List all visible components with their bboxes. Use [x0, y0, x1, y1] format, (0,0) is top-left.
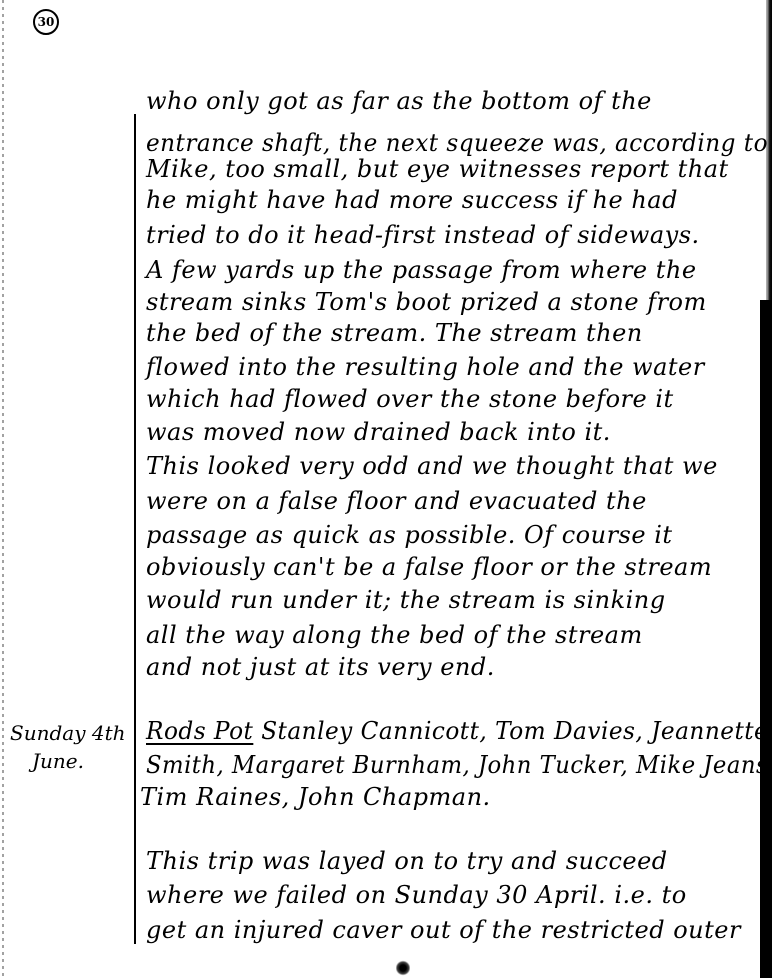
text-line: This trip was layed on to try and succee… [146, 846, 668, 876]
text-line: flowed into the resulting hole and the w… [146, 352, 705, 382]
text-line: A few yards up the passage from where th… [146, 255, 697, 285]
entry-header-line1: Rods Pot Stanley Cannicott, Tom Davies, … [146, 716, 768, 746]
text-line: obviously can't be a false floor or the … [146, 552, 712, 582]
entry-header-line2: Smith, Margaret Burnham, John Tucker, Mi… [146, 750, 768, 780]
scan-left-edge [2, 0, 4, 978]
party-names: Stanley Cannicott, Tom Davies, Jeannette [261, 717, 768, 745]
text-line: Mike, too small, but eye witnesses repor… [146, 154, 729, 184]
text-line: was moved now drained back into it. [146, 417, 611, 447]
text-line: all the way along the bed of the stream [146, 620, 643, 650]
text-line: he might have had more success if he had [146, 185, 678, 215]
text-line: get an injured caver out of the restrict… [146, 915, 741, 945]
ink-smudge [396, 960, 410, 976]
scanned-page: 30 who only got as far as the bottom of … [0, 0, 772, 978]
text-line: who only got as far as the bottom of the [146, 86, 652, 116]
text-line: passage as quick as possible. Of course … [146, 520, 673, 550]
entry-date-line1: Sunday 4th [10, 720, 126, 746]
text-line: which had flowed over the stone before i… [146, 384, 674, 414]
entry-date-line2: June. [32, 748, 84, 774]
text-line: the bed of the stream. The stream then [146, 318, 643, 348]
text-line: would run under it; the stream is sinkin… [146, 585, 666, 615]
text-line: tried to do it head-first instead of sid… [146, 220, 700, 250]
entry-header-line3: Tim Raines, John Chapman. [140, 782, 491, 812]
margin-rule [134, 114, 136, 944]
text-line: This looked very odd and we thought that… [146, 451, 718, 481]
text-line: were on a false floor and evacuated the [146, 486, 647, 516]
text-line: where we failed on Sunday 30 April. i.e.… [146, 880, 687, 910]
cave-name: Rods Pot [146, 717, 253, 745]
scan-right-edge-shadow [760, 300, 772, 978]
text-line: stream sinks Tom's boot prized a stone f… [146, 287, 707, 317]
text-line: and not just at its very end. [146, 652, 495, 682]
page-number: 30 [33, 9, 59, 35]
